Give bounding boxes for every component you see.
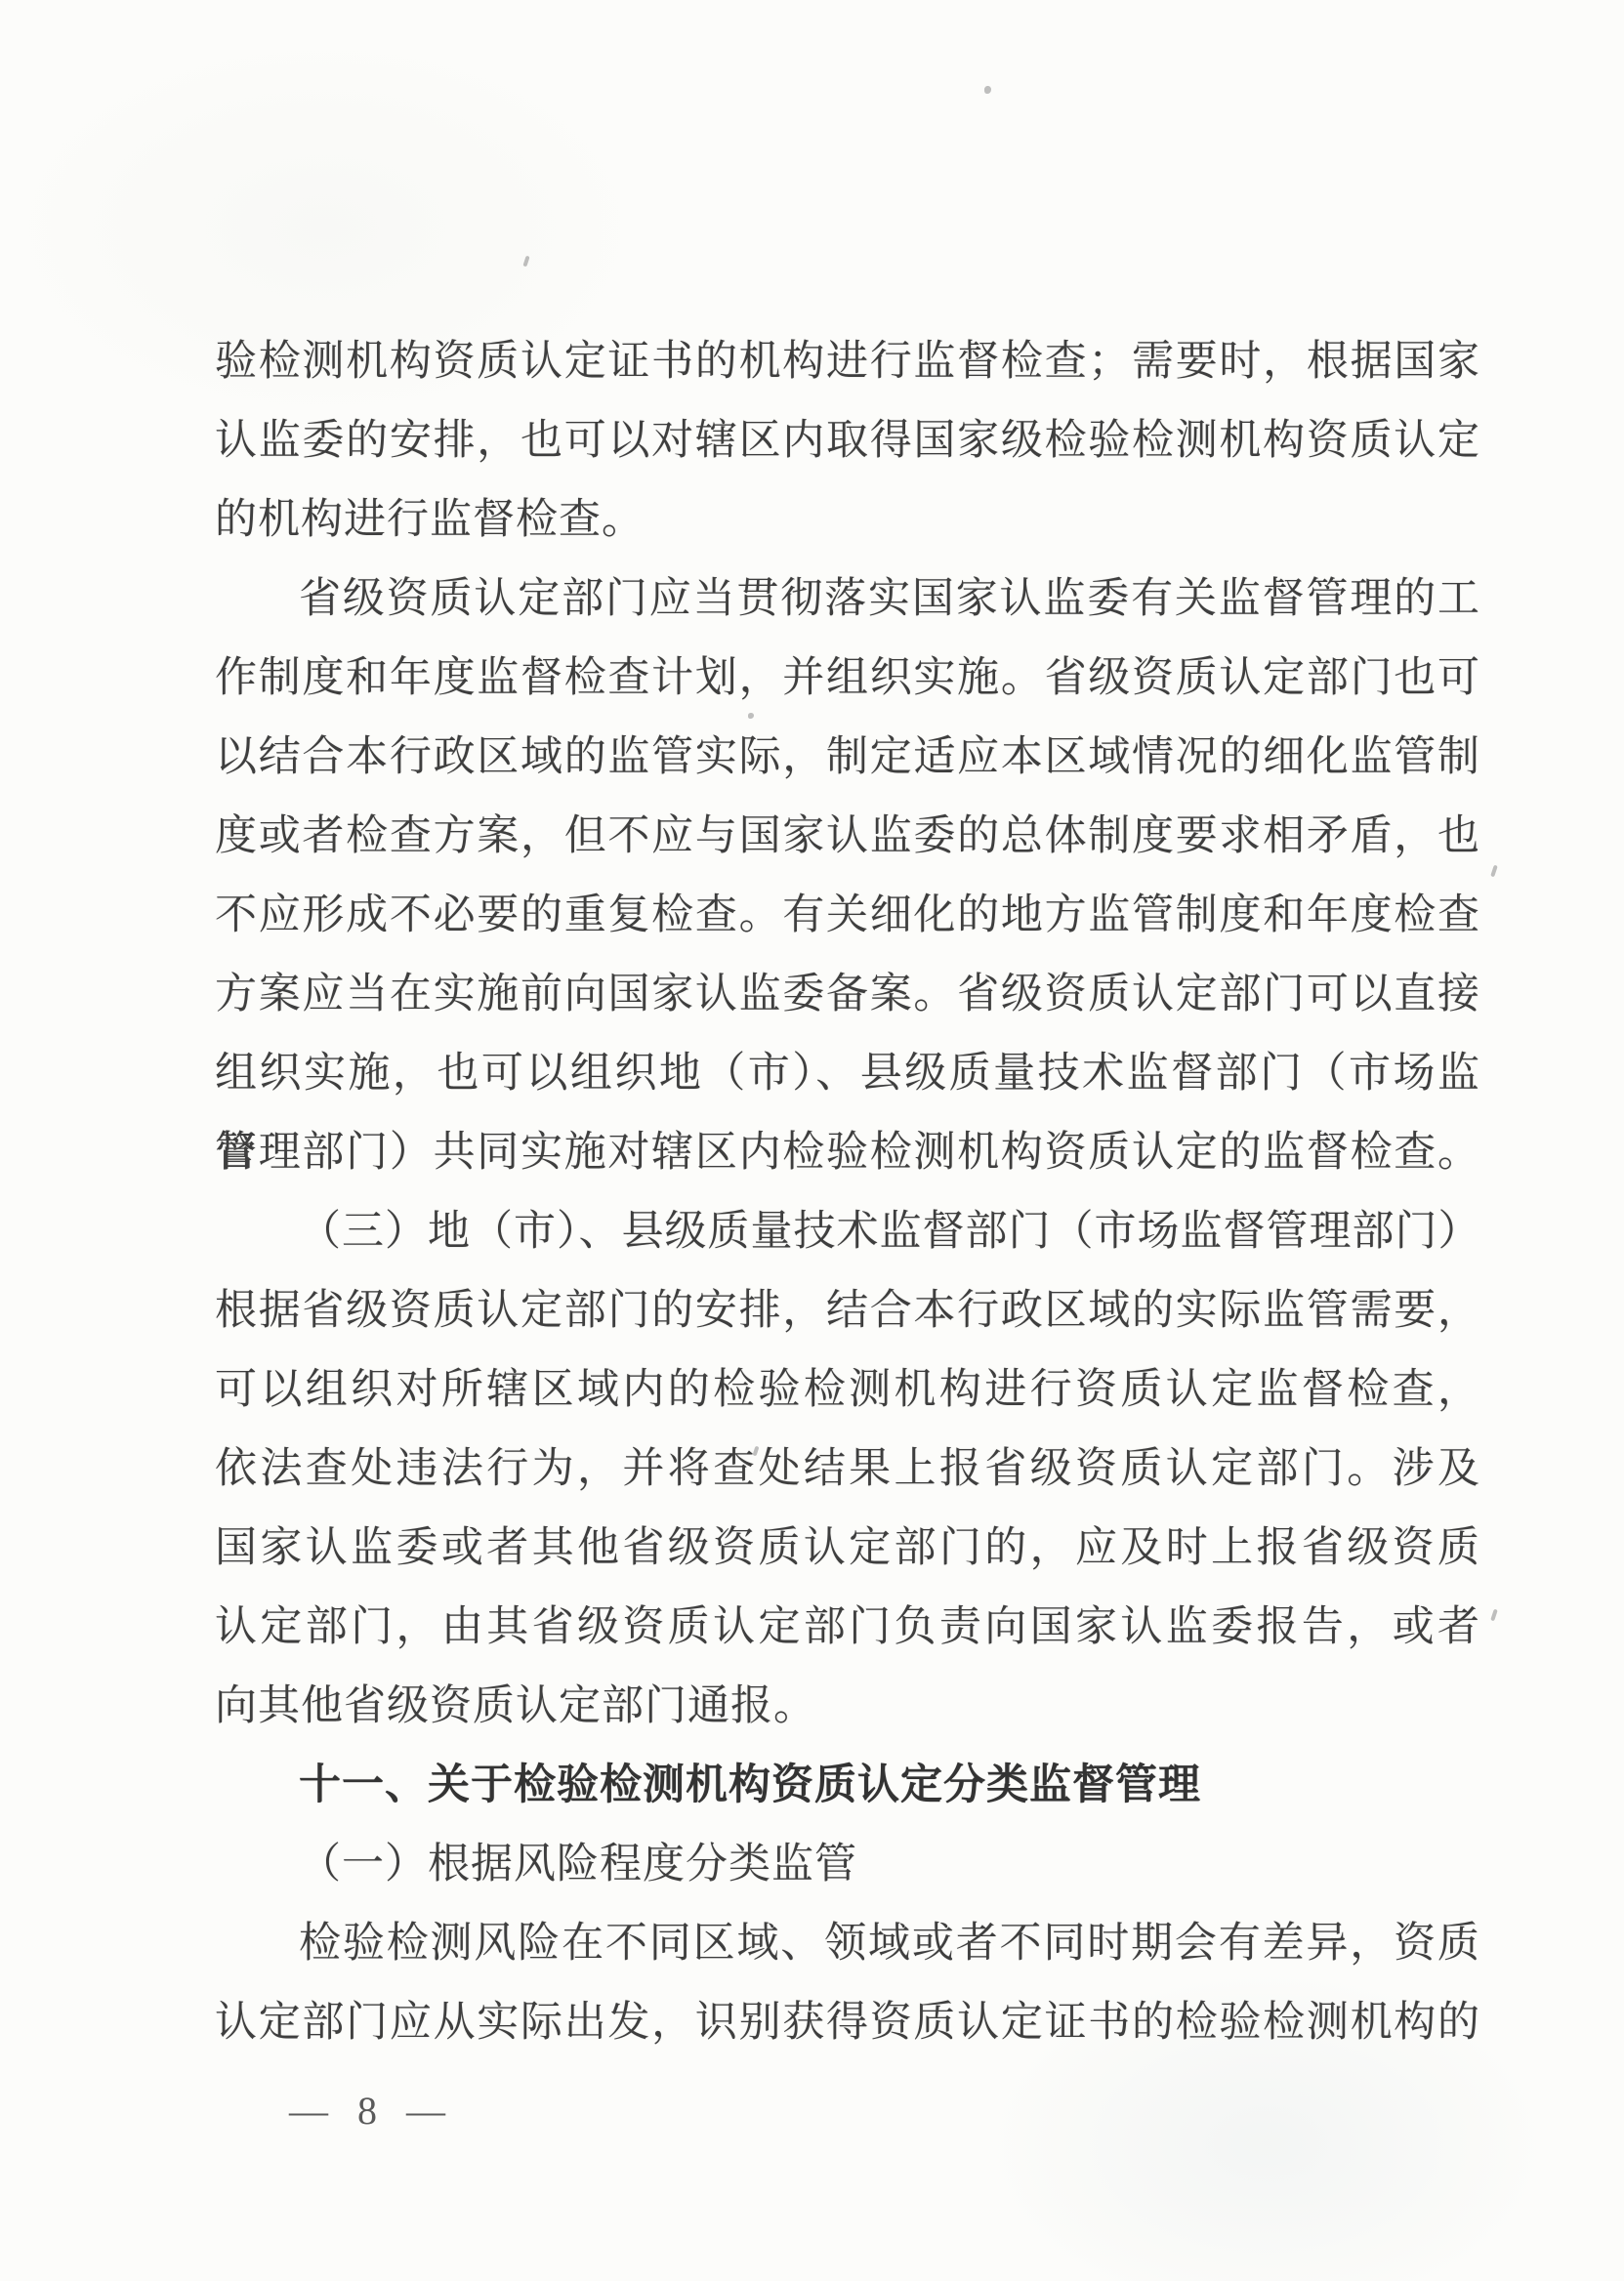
scanned-document-page: 验检测机构资质认定证书的机构进行监督检查；需要时，根据国家 认监委的安排，也可以… (0, 0, 1624, 2281)
body-line: 管理部门）共同实施对辖区内检验检测机构资质认定的监督检查。 (215, 1113, 1480, 1192)
body-line: 不应形成不必要的重复检查。有关细化的地方监管制度和年度检查 (215, 876, 1480, 955)
body-line: 度或者检查方案，但不应与国家认监委的总体制度要求相矛盾，也 (215, 797, 1480, 876)
subsection-heading: （一）根据风险程度分类监管 (215, 1825, 1480, 1904)
body-line: 以结合本行政区域的监管实际，制定适应本区域情况的细化监管制 (215, 718, 1480, 797)
body-line: 可以组织对所辖区域内的检验检测机构进行资质认定监督检查， (215, 1350, 1480, 1430)
body-line: 认定部门应从实际出发，识别获得资质认定证书的检验检测机构的 (215, 1983, 1480, 2062)
body-line: 认监委的安排，也可以对辖区内取得国家级检验检测机构资质认定 (215, 401, 1480, 480)
body-line: 验检测机构资质认定证书的机构进行监督检查；需要时，根据国家 (215, 322, 1480, 401)
page-number: — 8 — (289, 2088, 455, 2134)
body-line: 检验检测风险在不同区域、领域或者不同时期会有差异，资质 (215, 1904, 1480, 1983)
body-line: 方案应当在实施前向国家认监委备案。省级资质认定部门可以直接 (215, 955, 1480, 1034)
scan-artifact-speck (1490, 1609, 1498, 1622)
body-line: 依法查处违法行为，并将查处结果上报省级资质认定部门。涉及 (215, 1430, 1480, 1509)
scan-artifact-speck (522, 256, 529, 268)
body-line: 向其他省级资质认定部门通报。 (215, 1667, 1480, 1746)
body-line: （三）地（市）、县级质量技术监督部门（市场监督管理部门） (215, 1192, 1480, 1271)
scan-artifact-speck (984, 86, 991, 94)
body-line: 认定部门，由其省级资质认定部门负责向国家认监委报告，或者 (215, 1588, 1480, 1667)
document-body: 验检测机构资质认定证书的机构进行监督检查；需要时，根据国家 认监委的安排，也可以… (215, 322, 1480, 2062)
section-heading: 十一、关于检验检测机构资质认定分类监督管理 (215, 1746, 1480, 1825)
body-line: 根据省级资质认定部门的安排，结合本行政区域的实际监管需要， (215, 1271, 1480, 1350)
scan-artifact-speck (1490, 865, 1498, 878)
body-line: 作制度和年度监督检查计划，并组织实施。省级资质认定部门也可 (215, 639, 1480, 718)
body-line: 国家认监委或者其他省级资质认定部门的，应及时上报省级资质 (215, 1509, 1480, 1588)
body-line: 组织实施，也可以组织地（市）、县级质量技术监督部门（市场监督 (215, 1034, 1480, 1113)
body-line: 的机构进行监督检查。 (215, 480, 1480, 560)
body-line: 省级资质认定部门应当贯彻落实国家认监委有关监督管理的工 (215, 560, 1480, 639)
